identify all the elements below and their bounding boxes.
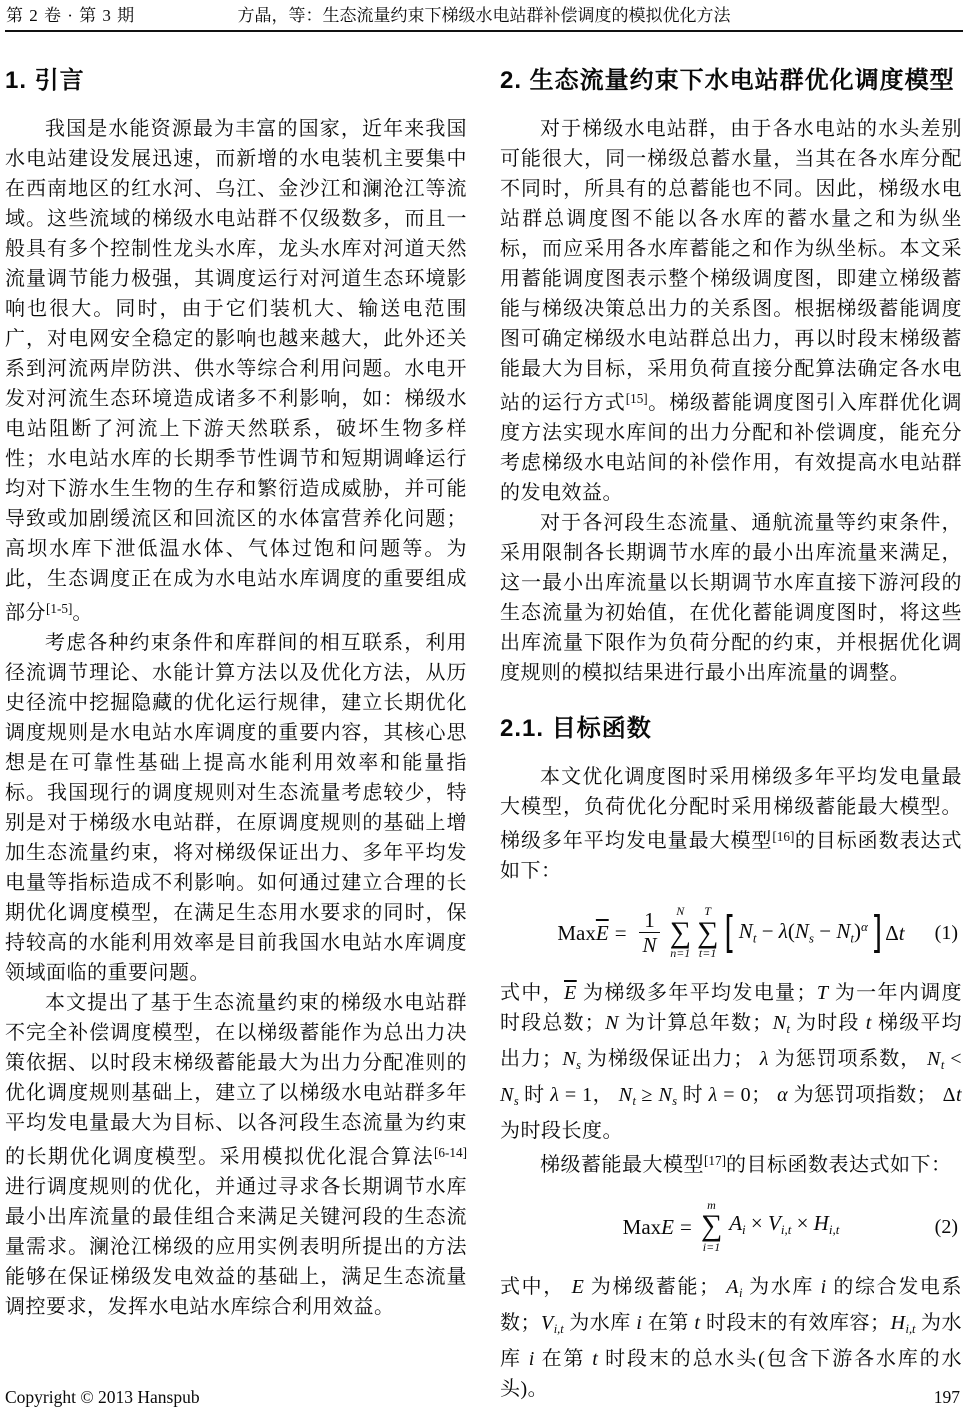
text-run: i,t: [554, 1322, 564, 1336]
text-run: [17]: [704, 1153, 726, 1168]
text-run: [16]: [772, 829, 794, 844]
text-run: i,t: [829, 1222, 840, 1237]
inner-summation: T ∑ t=1: [697, 905, 718, 960]
paragraph-intro-1: 我国是水能资源最为丰富的国家，近年来我国水电站建设发展迅速，而新增的水电装机主要…: [5, 114, 467, 628]
text-run: 我国是水能资源最为丰富的国家，近年来我国水电站建设发展迅速，而新增的水电装机主要…: [5, 118, 467, 624]
right-column: 2. 生态流量约束下水电站群优化调度模型 对于梯级水电站群，由于各水电站的水头差…: [500, 39, 962, 1404]
paragraph-model-1: 对于梯级水电站群，由于各水电站的水头差别可能很大，同一梯级总蓄水量，当其在各水库…: [500, 114, 962, 508]
equals-sign: =: [674, 1212, 698, 1242]
text-run: A: [729, 1211, 742, 1235]
text-run: i,t: [781, 1222, 792, 1237]
text-run: ×: [791, 1211, 813, 1235]
text-run: N: [500, 1084, 514, 1106]
sigma-symbol: ∑: [697, 919, 718, 948]
text-run: 为惩罚项系数，: [769, 1048, 927, 1070]
equation-1-expression: Max E = 1 N N ∑ n=1 T ∑ t=1: [557, 905, 904, 960]
text-run: i,t: [906, 1322, 916, 1336]
text-run: V: [541, 1312, 554, 1334]
summation: m ∑ i=1: [701, 1199, 722, 1254]
text-run: 本文提出了基于生态流量约束的梯级水电站群不完全补偿调度模型，在以梯级蓄能作为总出…: [5, 992, 467, 1168]
fraction-one-over-N: 1 N: [638, 908, 662, 957]
text-run: λ: [550, 1084, 559, 1106]
equation-1-bracket-body: Nt − λ(Ns − Nt)α: [739, 912, 868, 953]
text-run: = 1，: [559, 1084, 618, 1106]
page-footer: Copyright © 2013 Hanspub 197: [5, 1387, 960, 1408]
copyright-label: Copyright © 2013 Hanspub: [5, 1387, 200, 1408]
text-run: E: [564, 982, 577, 1004]
text-run: N: [739, 919, 753, 943]
mean-energy-variable: E: [596, 918, 609, 948]
paragraph-symbol-definitions-2: 式中， E 为梯级蓄能； Ai 为水库 i 的综合发电系数；Vi,t 为水库 i…: [500, 1272, 962, 1404]
text-run: 。: [72, 602, 93, 624]
text-run: E: [572, 1276, 585, 1298]
text-run: t: [899, 921, 905, 945]
paragraph-intro-3: 本文提出了基于生态流量约束的梯级水电站群不完全补偿调度模型，在以梯级蓄能作为总出…: [5, 988, 467, 1322]
text-run: N: [619, 1084, 633, 1106]
section-heading-introduction: 1. 引言: [5, 66, 467, 96]
text-run: 对于各河段生态流量、通航流量等约束条件，采用限制各长期调节水库的最小出库流量来满…: [500, 512, 962, 684]
equation-number-2: (2): [935, 1212, 958, 1242]
text-run: ×: [746, 1211, 768, 1235]
text-run: ): [854, 919, 861, 943]
text-run: N: [658, 1084, 672, 1106]
document-page: 第 2 卷 · 第 3 期 方晶，等：生态流量约束下梯级水电站群补偿调度的模拟优…: [0, 0, 970, 1414]
running-title: 方晶，等：生态流量约束下梯级水电站群补偿调度的模拟优化方法: [5, 5, 963, 26]
paragraph-model-2: 对于各河段生态流量、通航流量等约束条件，采用限制各长期调节水库的最小出库流量来满…: [500, 508, 962, 688]
text-run: 为时段长度。: [500, 1120, 623, 1142]
text-run: 的目标函数表达式如下：: [726, 1154, 952, 1176]
text-run: 为水库: [742, 1276, 820, 1298]
text-run: N: [605, 1012, 619, 1034]
text-run: N: [773, 1012, 787, 1034]
text-run: 为惩罚项指数； Δ: [788, 1084, 956, 1106]
page-number: 197: [934, 1387, 960, 1408]
text-run: 式中，: [500, 1276, 572, 1298]
text-run: −: [756, 919, 778, 943]
text-run: N: [562, 1048, 576, 1070]
text-run: Δ: [885, 921, 899, 945]
text-run: 考虑各种约束条件和库群间的相互联系，利用径流调节理论、水能计算方法以及优化方法，…: [5, 632, 467, 984]
delta-t-term: Δt: [885, 918, 904, 948]
text-run: ≥: [636, 1084, 658, 1106]
text-run: α: [777, 1084, 788, 1106]
section-heading-model: 2. 生态流量约束下水电站群优化调度模型: [500, 66, 962, 96]
text-run: 时: [519, 1084, 551, 1106]
text-run: N: [836, 919, 850, 943]
text-run: t: [956, 1084, 962, 1106]
text-run: λ: [760, 1048, 769, 1070]
max-operator: Max: [623, 1212, 662, 1242]
stored-energy-variable: E: [661, 1212, 674, 1242]
page-header: 第 2 卷 · 第 3 期 方晶，等：生态流量约束下梯级水电站群补偿调度的模拟优…: [5, 5, 963, 26]
text-run: <: [944, 1048, 962, 1070]
sigma-symbol: ∑: [701, 1212, 722, 1241]
equation-2: Max E = m ∑ i=1 Ai × Vi,t × Hi,t (2): [500, 1196, 962, 1258]
text-run: = 0；: [718, 1084, 777, 1106]
text-run: λ: [709, 1084, 718, 1106]
text-run: 时: [677, 1084, 709, 1106]
text-run: 梯级蓄能最大模型: [540, 1154, 704, 1176]
equation-1: Max E = 1 N N ∑ n=1 T ∑ t=1: [500, 902, 962, 964]
text-run: λ: [779, 919, 788, 943]
equals-sign: =: [609, 918, 633, 948]
text-run: [6-14]: [434, 1145, 467, 1160]
two-column-layout: 1. 引言 我国是水能资源最为丰富的国家，近年来我国水电站建设发展迅速，而新增的…: [5, 39, 963, 1404]
header-divider: [5, 30, 963, 32]
text-run: T: [817, 982, 829, 1004]
equation-number-1: (1): [935, 918, 958, 948]
text-run: 为梯级蓄能；: [584, 1276, 726, 1298]
text-run: A: [726, 1276, 739, 1298]
text-run: V: [768, 1211, 781, 1235]
sigma-symbol: ∑: [670, 919, 691, 948]
text-run: 时段末的有效库容；: [700, 1312, 890, 1334]
text-run: N: [795, 919, 809, 943]
text-run: 为梯级多年平均发电量；: [577, 982, 817, 1004]
text-run: 在第: [642, 1312, 694, 1334]
text-run: N: [927, 1048, 941, 1070]
text-run: (: [788, 919, 795, 943]
equation-2-body: Ai × Vi,t × Hi,t: [725, 1208, 839, 1245]
text-run: α: [861, 919, 868, 934]
text-run: 在第: [535, 1348, 592, 1370]
text-run: 对于梯级水电站群，由于各水电站的水头差别可能很大，同一梯级总蓄水量，当其在各水库…: [500, 118, 962, 414]
text-run: −: [814, 919, 836, 943]
paragraph-energy-model-intro: 梯级蓄能最大模型[17]的目标函数表达式如下：: [500, 1146, 962, 1180]
text-run: 为计算总年数；: [619, 1012, 773, 1034]
text-run: H: [891, 1312, 906, 1334]
left-column: 1. 引言 我国是水能资源最为丰富的国家，近年来我国水电站建设发展迅速，而新增的…: [5, 39, 467, 1404]
section-heading-objective-function: 2.1. 目标函数: [500, 714, 962, 744]
text-run: 为水库: [564, 1312, 637, 1334]
text-run: 为时段: [790, 1012, 866, 1034]
max-operator: Max: [557, 918, 596, 948]
text-run: 式中，: [500, 982, 564, 1004]
paragraph-symbol-definitions-1: 式中，E 为梯级多年平均发电量；T 为一年内调度时段总数；N 为计算总年数；Nt…: [500, 978, 962, 1146]
paragraph-objective-intro: 本文优化调度图时采用梯级多年平均发电量最大模型，负荷优化分配时采用梯级蓄能最大模…: [500, 762, 962, 886]
text-run: 进行调度规则的优化，并通过寻求各长期调节水库最小出库流量的最佳组合来满足关键河段…: [5, 1176, 467, 1318]
text-run: [1-5]: [46, 601, 72, 616]
outer-summation: N ∑ n=1: [670, 905, 691, 960]
text-run: [15]: [626, 391, 648, 406]
equation-2-expression: Max E = m ∑ i=1 Ai × Vi,t × Hi,t: [623, 1199, 840, 1254]
paragraph-intro-2: 考虑各种约束条件和库群间的相互联系，利用径流调节理论、水能计算方法以及优化方法，…: [5, 628, 467, 988]
text-run: H: [814, 1211, 829, 1235]
text-run: 为梯级保证出力；: [581, 1048, 760, 1070]
